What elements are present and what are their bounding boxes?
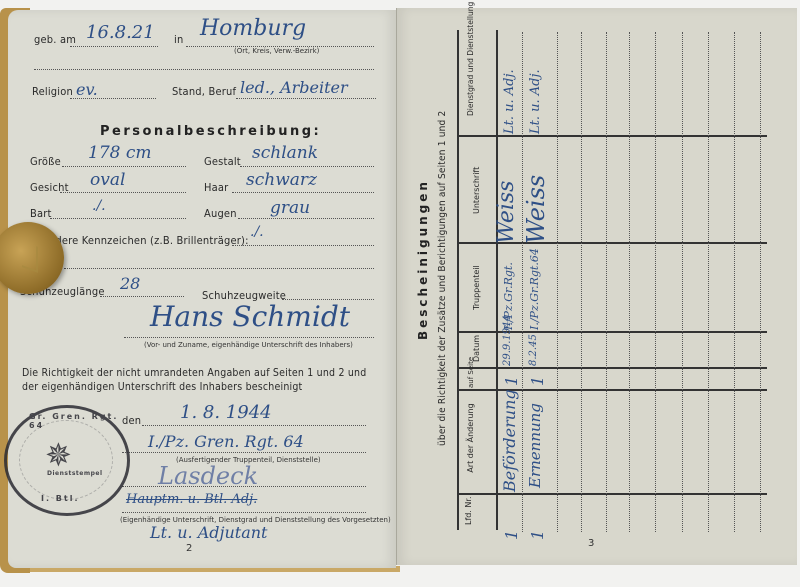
- right-page-subtitle: über die Richtigkeit der Zusätze und Ber…: [437, 111, 448, 446]
- soldbuch-spread: geb. am 16.8.21 in Homburg (Ort, Kreis, …: [0, 0, 800, 587]
- occupation-value: led., Arbeiter: [240, 78, 348, 97]
- row1-art: Beförderung: [500, 389, 519, 492]
- birth-place-value: Homburg: [200, 16, 306, 41]
- officer-rank-struck: Hauptm. u. Btl. Adj.: [126, 492, 257, 507]
- build-value: schlank: [252, 143, 318, 163]
- left-page-number: 2: [186, 543, 192, 554]
- row2-art: Ernennung: [526, 403, 544, 488]
- beard-value: ./.: [92, 198, 106, 214]
- birth-date-label: geb. am: [34, 33, 76, 46]
- occupation-label: Stand, Beruf: [172, 85, 236, 98]
- stamp-center-text: Dienststempel: [47, 470, 103, 477]
- eagle-icon: ✵: [45, 436, 72, 474]
- hair-value: schwarz: [246, 170, 317, 190]
- table-header-border: [496, 30, 498, 530]
- col-header-art: Art der Änderung: [466, 398, 476, 478]
- col-header-nr: Lfd. Nr.: [464, 496, 474, 525]
- col-header-dienstgrad: Dienstgrad und Dienststellung: [466, 2, 476, 116]
- right-page-title: Bescheinigungen: [416, 179, 430, 340]
- row1-seite: 1: [502, 376, 521, 386]
- religion-value: ev.: [76, 80, 98, 99]
- hair-label: Haar: [204, 181, 228, 194]
- row2-unterschrift: Weiss: [522, 175, 550, 244]
- cert-date-value: 1. 8. 1944: [180, 402, 272, 423]
- description-title: Personalbeschreibung:: [100, 124, 321, 139]
- eyes-label: Augen: [204, 207, 237, 220]
- col-header-truppenteil: Truppenteil: [472, 265, 482, 310]
- row1-nr: 1: [502, 530, 521, 540]
- row1-truppenteil: I./Pz.Gr.Rgt.: [502, 262, 515, 330]
- birth-place-label: in: [174, 33, 183, 46]
- row2-dienstgrad: Lt. u. Adj.: [528, 69, 543, 134]
- unit-value: I./Pz. Gren. Rgt. 64: [148, 432, 304, 451]
- stamp-bottom-text: I. Btl.: [41, 494, 80, 503]
- holder-signature: Hans Schmidt: [150, 300, 350, 333]
- birth-date-value: 16.8.21: [86, 22, 155, 43]
- face-value: oval: [90, 170, 125, 190]
- certification-text-2: der eigenhändigen Unterschrift des Inhab…: [22, 381, 302, 393]
- religion-label: Religion: [32, 85, 73, 98]
- birth-place-hint: (Ort, Kreis, Verw.-Bezirk): [234, 47, 319, 55]
- row1-unterschrift: Weiss: [494, 181, 519, 244]
- table-left-border: [457, 30, 459, 530]
- shoe-length-value: 28: [120, 274, 140, 293]
- officer-rank: Lt. u. Adjutant: [150, 523, 267, 542]
- build-label: Gestalt: [204, 155, 241, 168]
- eyes-value: grau: [270, 198, 310, 218]
- row1-dienstgrad: Lt. u. Adj.: [502, 69, 517, 134]
- height-label: Größe: [30, 155, 61, 168]
- row2-nr: 1: [528, 530, 547, 540]
- holder-signature-hint: (Vor- und Zuname, eigenhändige Unterschr…: [144, 341, 353, 349]
- row2-datum: 8.2.45: [528, 334, 539, 366]
- stamp-top-text: Gr. Gren. Rgt. 64: [29, 412, 127, 430]
- row2-truppenteil: I./Pz.Gr.Rgt.64: [528, 248, 541, 330]
- right-page-number: 3: [588, 538, 594, 549]
- height-value: 178 cm: [88, 143, 152, 163]
- beard-label: Bart: [30, 207, 52, 220]
- marks-value: ./.: [250, 224, 264, 240]
- certification-text-1: Die Richtigkeit der nicht umrandeten Ang…: [22, 367, 366, 379]
- col-header-datum: Datum: [472, 335, 482, 362]
- row2-seite: 1: [528, 376, 547, 386]
- col-header-unterschrift: Unterschrift: [472, 167, 482, 214]
- official-stamp: Gr. Gren. Rgt. 64 ✵ Dienststempel I. Btl…: [4, 405, 130, 516]
